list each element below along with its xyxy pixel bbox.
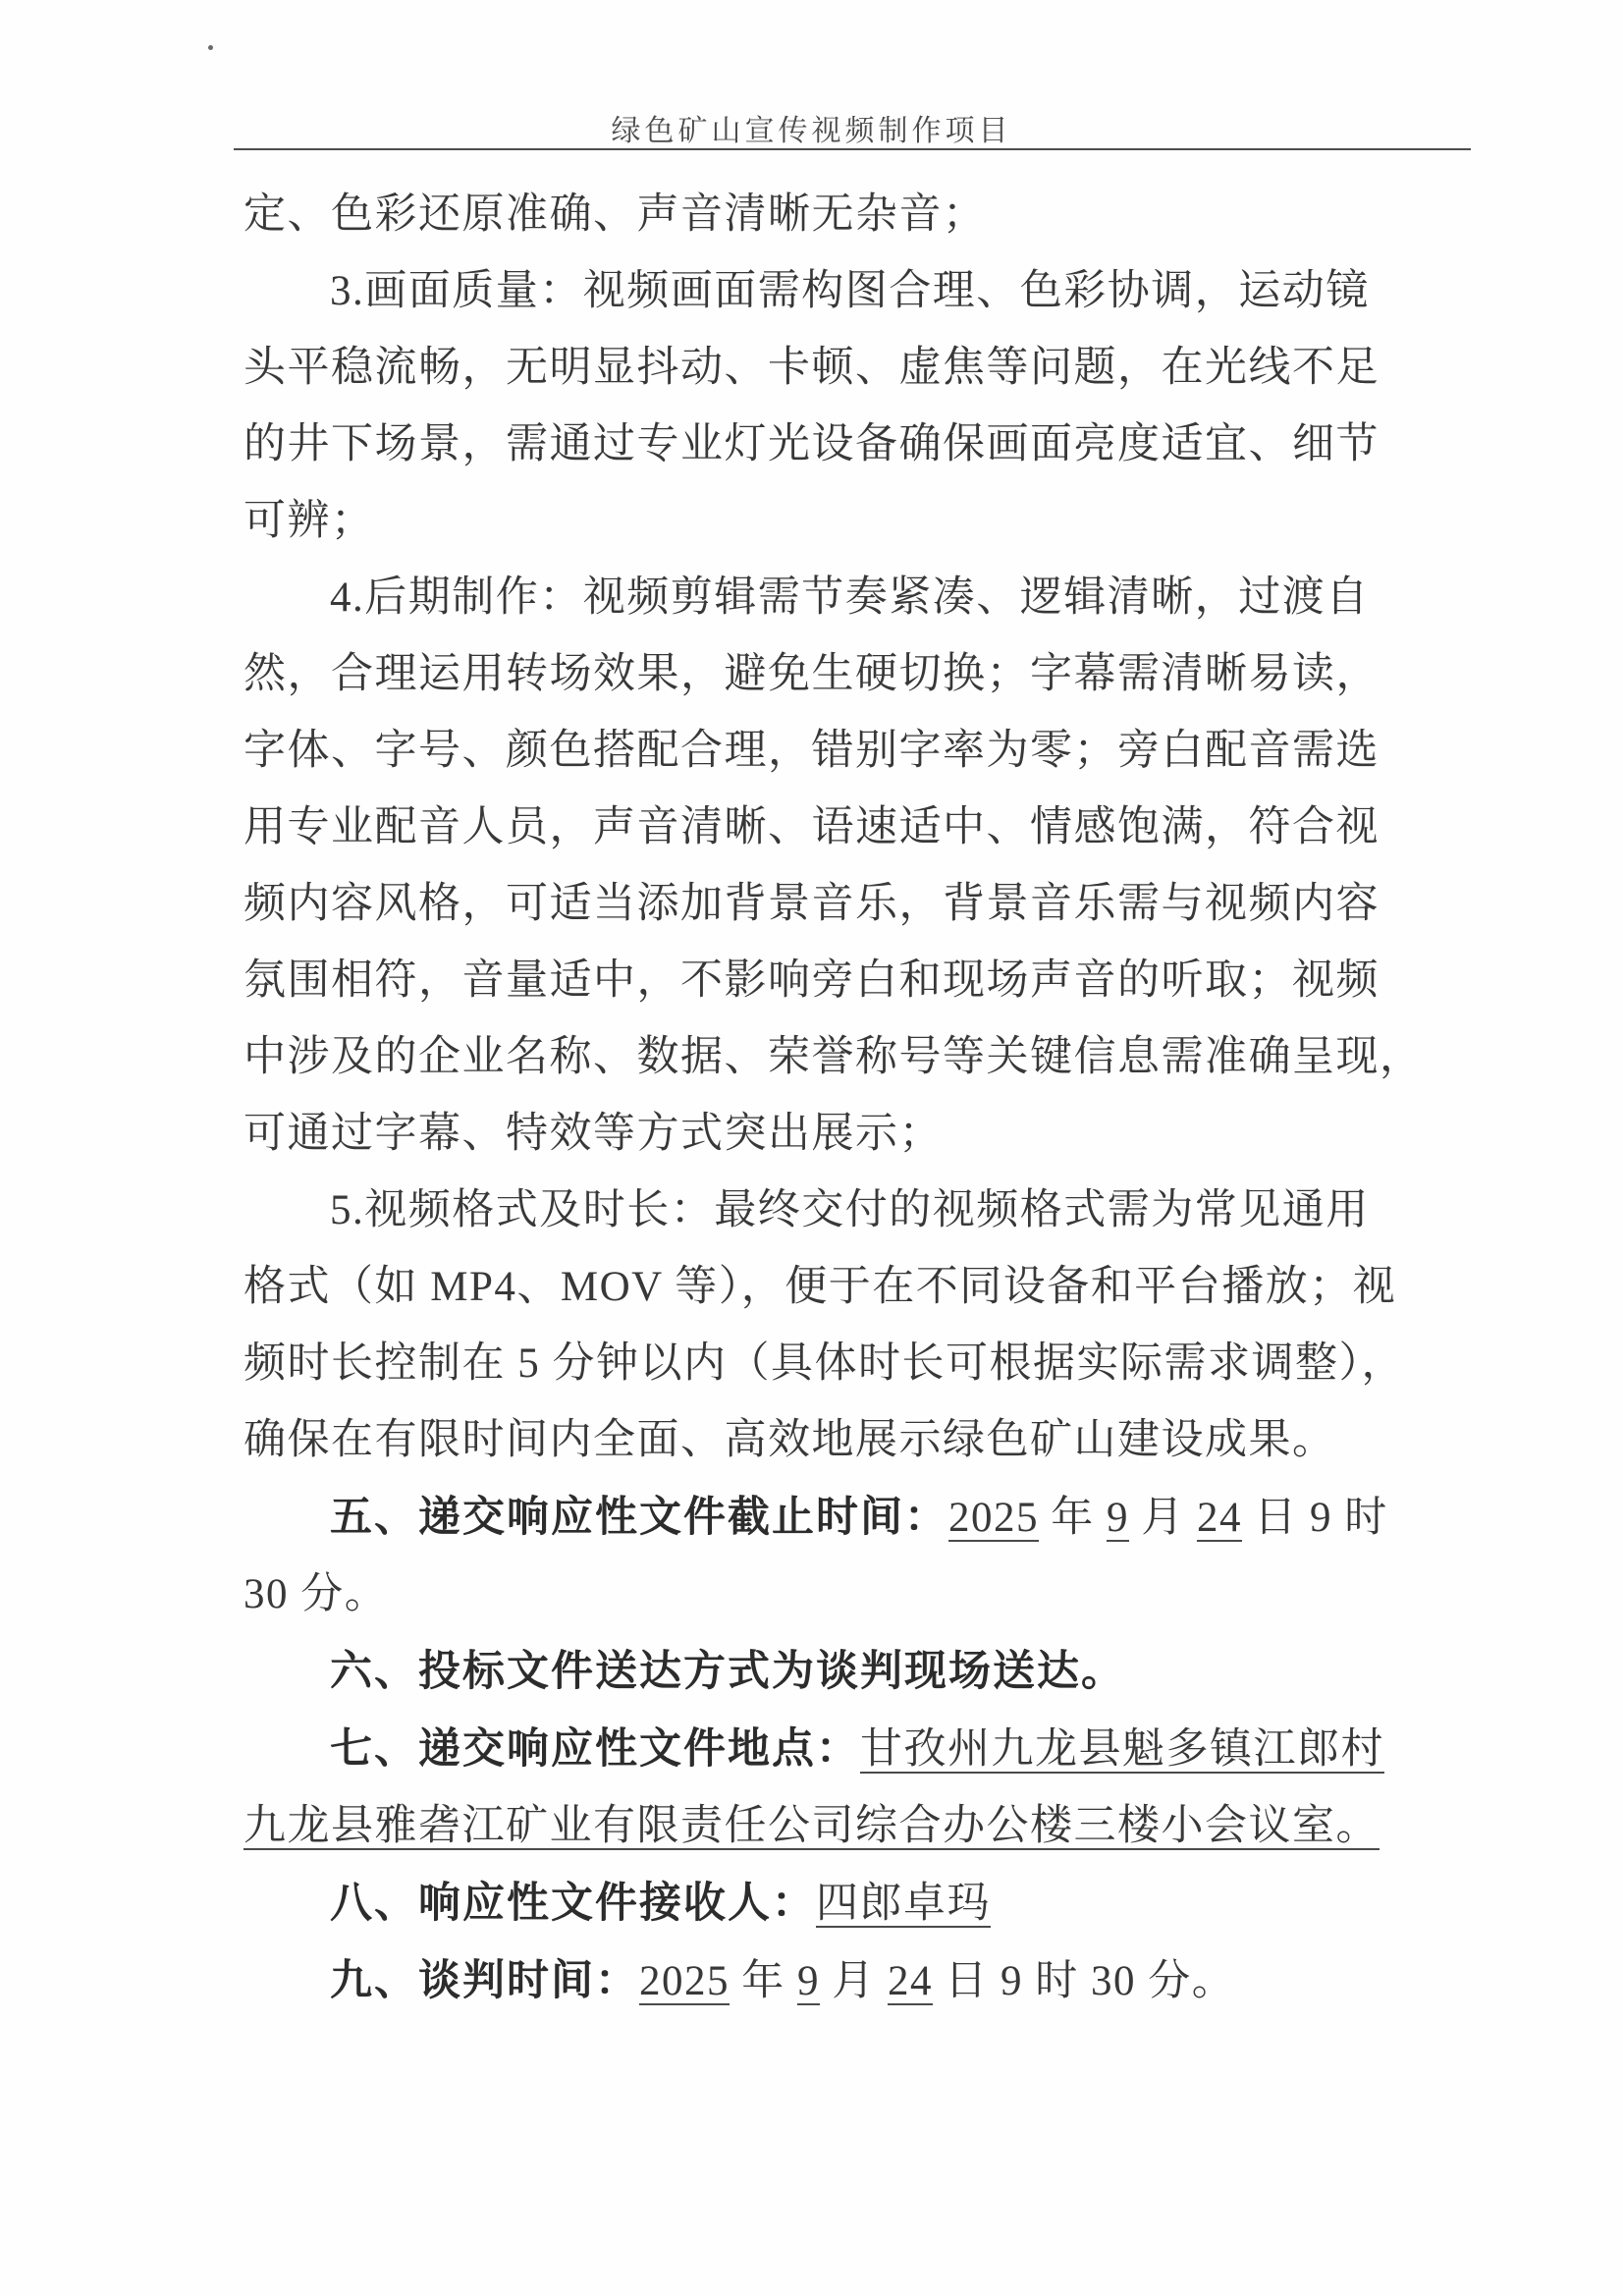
text-line: 七、递交响应性文件地点：甘孜州九龙县魁多镇江郎村: [243, 1711, 1392, 1788]
text-segment: 月: [820, 1958, 888, 2004]
text-segment: 30 分。: [243, 1571, 388, 1617]
text-line: 格式（如 MP4、MOV 等），便于在不同设备和平台播放；视: [243, 1249, 1392, 1326]
text-segment: 用专业配音人员，声音清晰、语速适中、情感饱满，符合视: [243, 804, 1380, 850]
text-line: 字体、字号、颜色搭配合理，错别字率为零；旁白配音需选: [243, 713, 1392, 790]
text-line: 的井下场景，需通过专业灯光设备确保画面亮度适宜、细节: [243, 407, 1392, 483]
text-segment: 头平稳流畅，无明显抖动、卡顿、虚焦等问题，在光线不足: [243, 345, 1380, 391]
text-segment: 频内容风格，可适当添加背景音乐，背景音乐需与视频内容: [243, 881, 1380, 927]
text-line: 确保在有限时间内全面、高效地展示绿色矿山建设成果。: [243, 1402, 1392, 1479]
text-segment: 字体、字号、颜色搭配合理，错别字率为零；旁白配音需选: [243, 728, 1380, 774]
heading-segment: 九、谈判时间：: [330, 1957, 639, 2004]
underlined-segment: 24: [888, 1958, 933, 2004]
text-segment: 的井下场景，需通过专业灯光设备确保画面亮度适宜、细节: [243, 421, 1380, 467]
text-line: 频时长控制在 5 分钟以内（具体时长可根据实际需求调整），: [243, 1326, 1392, 1402]
text-line: 频内容风格，可适当添加背景音乐，背景音乐需与视频内容: [243, 866, 1392, 943]
text-line: 头平稳流畅，无明显抖动、卡顿、虚焦等问题，在光线不足: [243, 330, 1392, 407]
text-segment: 可辨；: [243, 498, 375, 544]
text-segment: 频时长控制在 5 分钟以内（具体时长可根据实际需求调整），: [243, 1340, 1405, 1387]
text-segment: 年: [730, 1958, 797, 2004]
underlined-segment: 24: [1197, 1495, 1242, 1541]
text-segment: 确保在有限时间内全面、高效地展示绿色矿山建设成果。: [243, 1417, 1336, 1463]
heading-segment: 五、递交响应性文件截止时间：: [330, 1494, 948, 1541]
text-line: 4.后期制作：视频剪辑需节奏紧凑、逻辑清晰，过渡自: [243, 560, 1392, 636]
underlined-segment: 2025: [948, 1495, 1039, 1541]
text-line: 九、谈判时间：2025 年 9 月 24 日 9 时 30 分。: [243, 1942, 1392, 2020]
text-segment: 然，合理运用转场效果，避免生硬切换；字幕需清晰易读，: [243, 651, 1380, 697]
page-header-title: 绿色矿山宣传视频制作项目: [0, 106, 1623, 149]
text-segment: 日 9 时: [1242, 1495, 1388, 1541]
text-line: 氛围相符，音量适中，不影响旁白和现场声音的听取；视频: [243, 943, 1392, 1019]
underlined-segment: 九龙县雅砻江矿业有限责任公司综合办公楼三楼小会议室。: [243, 1803, 1380, 1849]
text-segment: 月: [1129, 1495, 1197, 1541]
heading-segment: 七、递交响应性文件地点：: [330, 1725, 860, 1773]
scan-artifact-dot: [208, 45, 213, 50]
text-line: 用专业配音人员，声音清晰、语速适中、情感饱满，符合视: [243, 790, 1392, 866]
text-segment: 格式（如 MP4、MOV 等），便于在不同设备和平台播放；视: [243, 1264, 1396, 1310]
underlined-segment: 甘孜州九龙县魁多镇江郎村: [860, 1726, 1384, 1773]
document-body: 定、色彩还原准确、声音清晰无杂音；3.画面质量：视频画面需构图合理、色彩协调，运…: [243, 177, 1392, 2020]
text-line: 30 分。: [243, 1557, 1392, 1633]
text-segment: 日 9 时 30 分。: [933, 1958, 1235, 2004]
text-segment: 5.视频格式及时长：最终交付的视频格式需为常见通用: [330, 1187, 1370, 1233]
text-line: 3.画面质量：视频画面需构图合理、色彩协调，运动镜: [243, 253, 1392, 330]
underlined-segment: 9: [797, 1958, 820, 2004]
text-line: 九龙县雅砻江矿业有限责任公司综合办公楼三楼小会议室。: [243, 1788, 1392, 1865]
heading-segment: 八、响应性文件接收人：: [330, 1880, 816, 1927]
text-line: 六、投标文件送达方式为谈判现场送达。: [243, 1633, 1392, 1711]
underlined-segment: 9: [1107, 1495, 1129, 1541]
underlined-segment: 四郎卓玛: [816, 1881, 991, 1927]
text-segment: 氛围相符，音量适中，不影响旁白和现场声音的听取；视频: [243, 957, 1380, 1004]
header-divider-line: [234, 148, 1471, 150]
text-segment: 年: [1039, 1495, 1107, 1541]
scanned-document-page: 绿色矿山宣传视频制作项目 定、色彩还原准确、声音清晰无杂音；3.画面质量：视频画…: [0, 0, 1623, 2296]
text-line: 定、色彩还原准确、声音清晰无杂音；: [243, 177, 1392, 253]
underlined-segment: 2025: [639, 1958, 730, 2004]
text-segment: 定、色彩还原准确、声音清晰无杂音；: [243, 191, 987, 238]
text-line: 中涉及的企业名称、数据、荣誉称号等关键信息需准确呈现，: [243, 1019, 1392, 1096]
text-line: 八、响应性文件接收人：四郎卓玛: [243, 1865, 1392, 1942]
text-line: 可辨；: [243, 483, 1392, 560]
text-line: 然，合理运用转场效果，避免生硬切换；字幕需清晰易读，: [243, 636, 1392, 713]
text-segment: 3.画面质量：视频画面需构图合理、色彩协调，运动镜: [330, 268, 1370, 314]
text-segment: 4.后期制作：视频剪辑需节奏紧凑、逻辑清晰，过渡自: [330, 574, 1370, 621]
text-segment: 中涉及的企业名称、数据、荣誉称号等关键信息需准确呈现，: [243, 1034, 1424, 1080]
text-segment: 可通过字幕、特效等方式突出展示；: [243, 1111, 943, 1157]
text-line: 五、递交响应性文件截止时间：2025 年 9 月 24 日 9 时: [243, 1479, 1392, 1557]
text-line: 可通过字幕、特效等方式突出展示；: [243, 1096, 1392, 1173]
heading-segment: 六、投标文件送达方式为谈判现场送达。: [330, 1648, 1125, 1695]
text-line: 5.视频格式及时长：最终交付的视频格式需为常见通用: [243, 1173, 1392, 1249]
